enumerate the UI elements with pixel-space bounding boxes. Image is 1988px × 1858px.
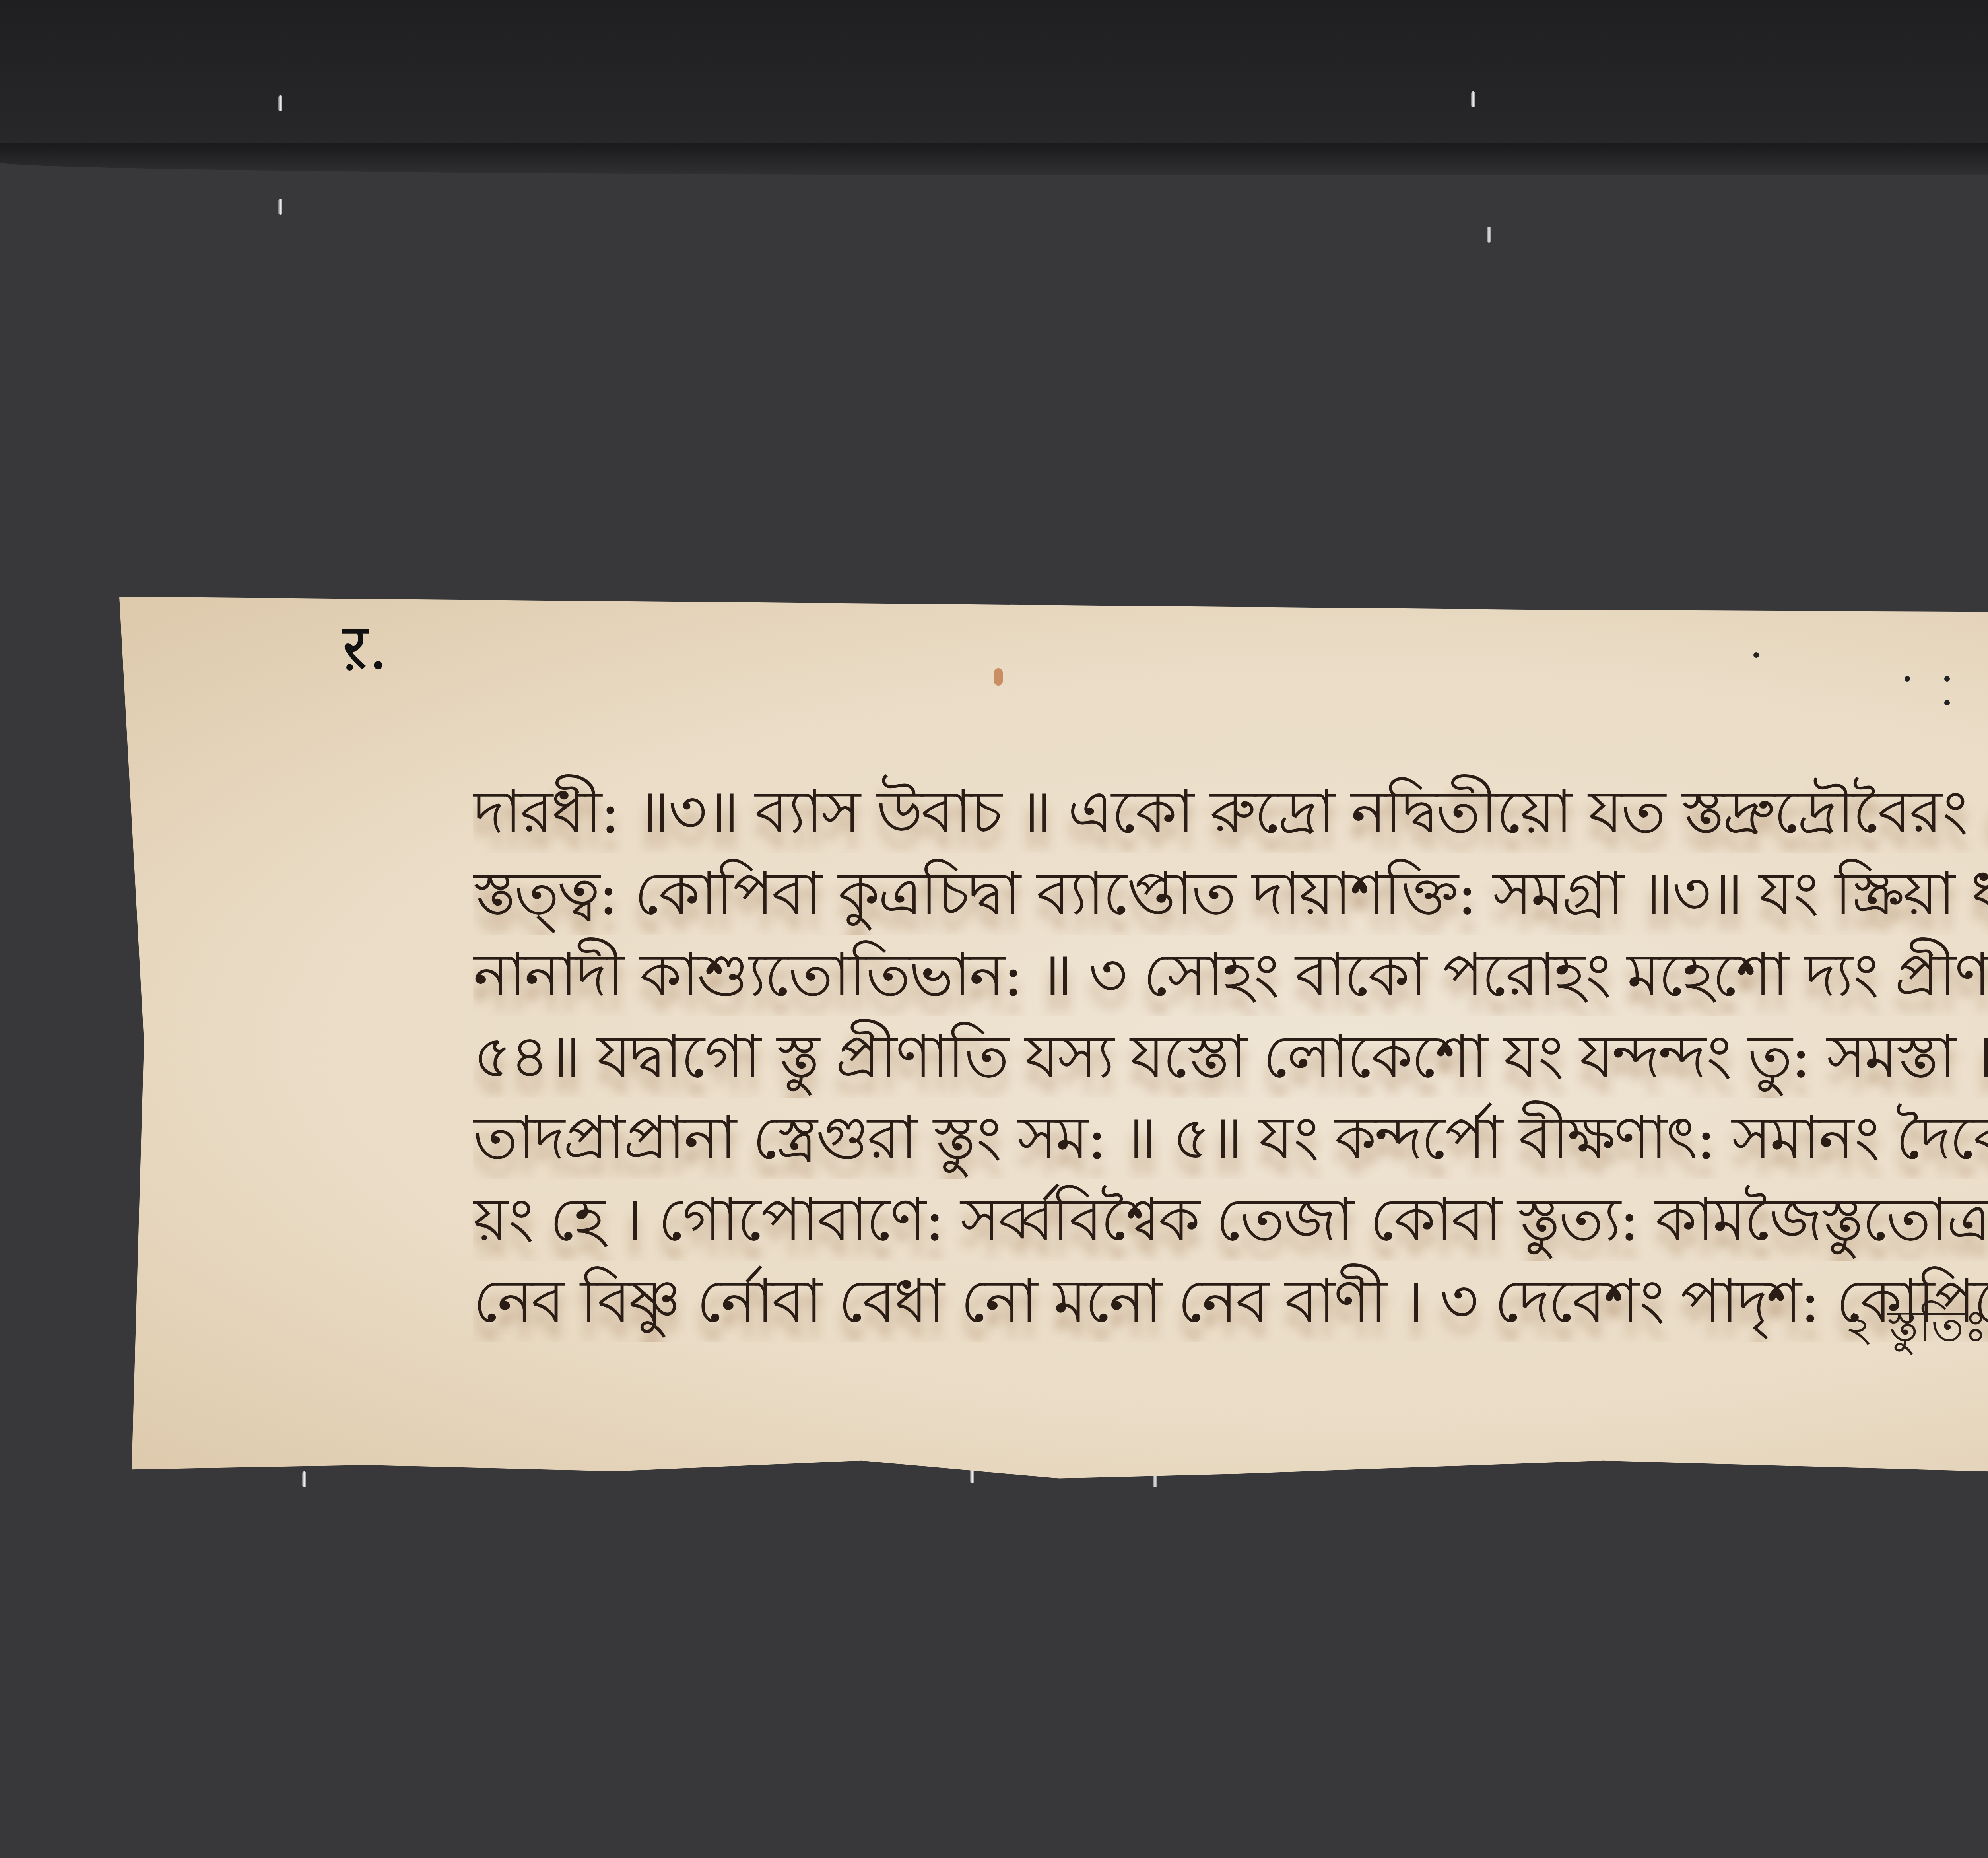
ink-dot [1944,700,1950,705]
text-line: নেব বিষ্ণু র্নোবা বেধা নো মনো নেব বাণী ।… [473,1261,1988,1342]
text-line: স্তত্ত্ব: কোপিবা কুত্রচিদ্বা ব্যাপ্তোত দ… [473,853,1988,935]
pin [302,1471,306,1487]
backdrop-top [0,0,1988,167]
pin [1487,227,1491,243]
manuscript-text: দারধী: ॥৩॥ ব্যাস উবাচ ॥ একো রুদ্রো নদ্বি… [473,772,1988,1342]
felt-fold [0,143,1988,175]
ink-dot [1944,676,1950,682]
folio-number: ২ স্তুতিঃ । [1845,1292,1988,1366]
text-line: দারধী: ॥৩॥ ব্যাস উবাচ ॥ একো রুদ্রো নদ্বি… [473,772,1988,853]
pin [278,95,282,111]
text-line: য়ং হে । গোপোবাণে: সর্ব্ববিশ্বৈক তেজা কো… [473,1179,1988,1261]
rust-spot [994,668,1003,686]
text-line: নানাদী কাশ্যুতোতিভান: ॥ ৩ সোহং বাকো পরোহ… [473,935,1988,1016]
text-line: ৫৪॥ যদ্বাগো স্তু প্রীণাতি যস্য যস্তো লোক… [473,1016,1988,1098]
text-line: তাদপ্রাপ্রানা স্ত্রেগুরা স্তুং সম: ॥ ৫॥ … [473,1098,1988,1179]
ink-dot [1905,676,1910,682]
corner-mark: ऱ. [342,601,388,687]
pin [278,199,282,215]
pin [1471,91,1475,107]
ink-dot [1753,652,1759,658]
